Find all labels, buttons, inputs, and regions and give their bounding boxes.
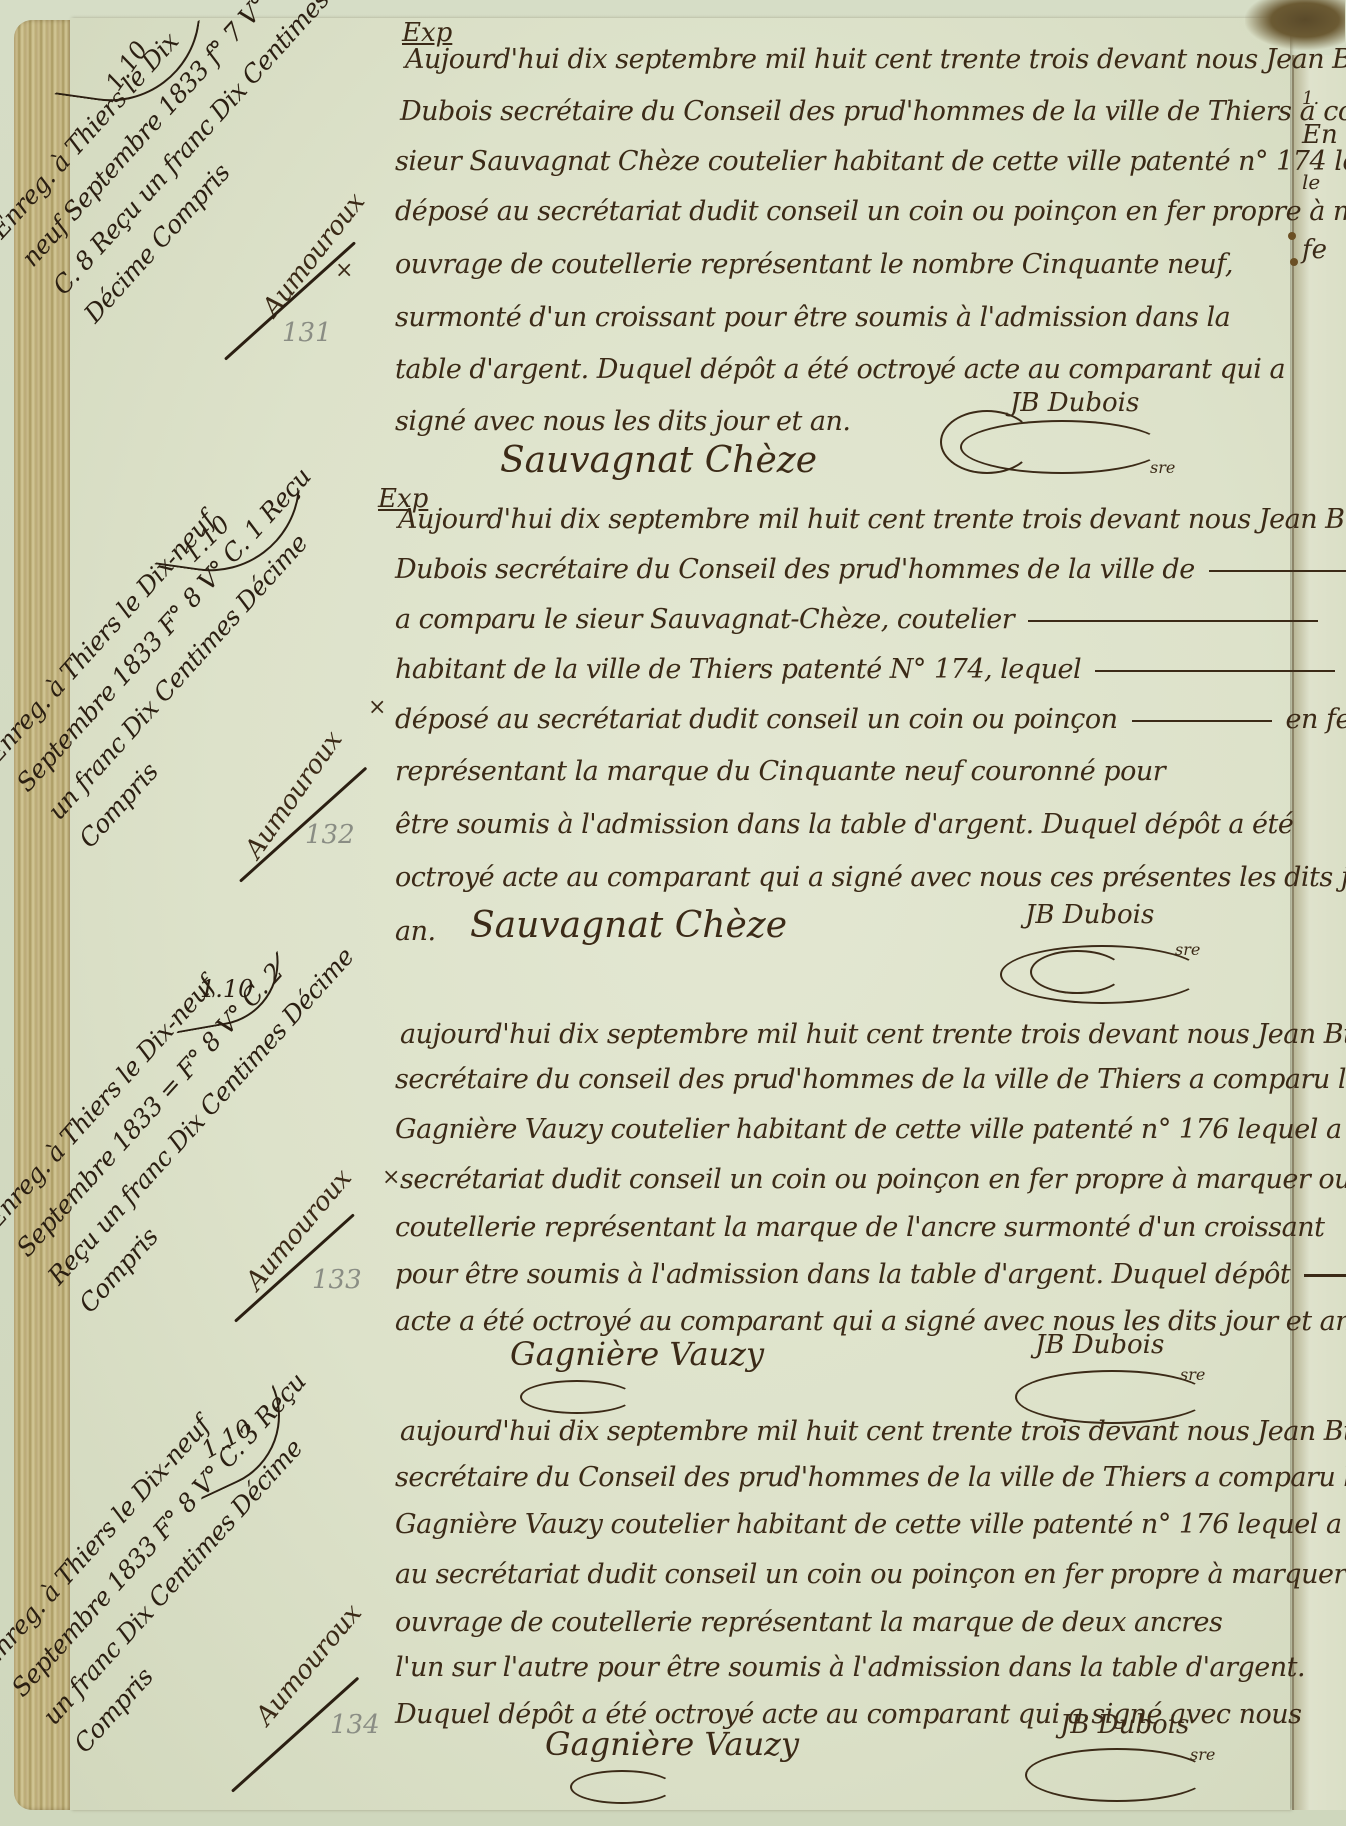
entry-line: aujourd'hui dix septembre mil huit cent … [400,1015,1346,1055]
entry-line: aujourd'hui dix septembre mil huit cent … [400,1412,1346,1452]
entry-line: Gagnière Vauzy coutelier habitant de cet… [395,1110,1346,1150]
line-filler-dash [1209,570,1346,572]
entry-line: ouvrage de coutellerie représentant le n… [395,245,1233,285]
cross-mark: × [368,695,386,720]
gutter-mark [1290,258,1298,266]
depositor-signature: Gagnière Vauzy [510,1335,764,1373]
entry-line: coutellerie représentant la marque de l'… [395,1208,1324,1248]
pencil-folio-number: 131 [282,318,332,348]
signature-flourish [520,1380,634,1414]
pencil-folio-number: 133 [312,1265,362,1295]
entry-line: an. [395,912,436,952]
depositor-signature: Gagnière Vauzy [545,1725,799,1763]
entry-line: être soumis à l'admission dans la table … [395,805,1293,845]
entry-line: au secrétariat dudit conseil un coin ou … [395,1555,1346,1595]
depositor-signature: Sauvagnat Chèze [470,905,787,946]
signature-flourish [570,1770,674,1804]
line-filler-dash [1132,720,1272,722]
depositor-signature: Sauvagnat Chèze [500,440,817,481]
entry-line: Aujourd'hui dix septembre mil huit cent … [398,500,1346,540]
entry-line: secrétariat dudit conseil un coin ou poi… [400,1160,1346,1200]
entry-line: secrétaire du conseil des prud'hommes de… [395,1060,1346,1100]
clerk-signature: JB Dubois [1035,1330,1164,1360]
entry-line: signé avec nous les dits jour et an. [395,402,850,442]
cross-mark: × [382,1165,400,1190]
signature-flourish [1025,1748,1209,1802]
entry-line: déposé au secrétariat dudit conseil un c… [395,192,1346,232]
adjacent-page-fragment: fe [1302,235,1327,265]
entry-line: table d'argent. Duquel dépôt a été octro… [395,350,1285,390]
clerk-title: sre [1180,1365,1205,1384]
clerk-title: sre [1150,458,1175,477]
line-filler-dash [1095,670,1335,672]
clerk-signature: JB Dubois [1010,388,1139,418]
entry-line: octroyé acte au comparant qui a signé av… [395,858,1346,898]
signature-flourish [940,410,1034,474]
clerk-signature: JB Dubois [1060,1710,1189,1740]
entry-line: l'un sur l'autre pour être soumis à l'ad… [395,1648,1305,1688]
entry-line: représentant la marque du Cinquante neuf… [395,752,1165,792]
clerk-title: sre [1190,1745,1215,1764]
entry-line: habitant de la ville de Thiers patenté N… [395,650,1346,690]
pencil-folio-number: 134 [330,1710,380,1740]
entry-line: ouvrage de coutellerie représentant la m… [395,1603,1222,1643]
line-filler-dash [1028,620,1318,622]
pencil-folio-number: 132 [305,820,355,850]
cross-mark: × [335,258,353,283]
entry-line: déposé au secrétariat dudit conseil un c… [395,700,1346,740]
entry-line: secrétaire du Conseil des prud'hommes de… [395,1458,1346,1498]
adjacent-page-edge [1292,55,1346,1810]
entry-line: Gagnière Vauzy coutelier habitant de cet… [395,1505,1346,1545]
signature-flourish [1030,950,1124,994]
entry-line: pour être soumis à l'admission dans la t… [395,1255,1346,1295]
clerk-signature: JB Dubois [1025,900,1154,930]
entry-line: Aujourd'hui dix septembre mil huit cent … [405,40,1346,80]
entry-line: a comparu le sieur Sauvagnat-Chèze, cout… [395,600,1332,640]
gutter-mark [1288,232,1296,240]
line-filler-dash [1304,1274,1346,1277]
clerk-title: sre [1175,940,1200,959]
entry-line: Dubois secrétaire du Conseil des prud'ho… [400,92,1346,132]
entry-line: sieur Sauvagnat Chèze coutelier habitant… [395,142,1346,182]
entry-line: surmonté d'un croissant pour être soumis… [395,298,1230,338]
entry-line: Dubois secrétaire du Conseil des prud'ho… [395,550,1346,590]
